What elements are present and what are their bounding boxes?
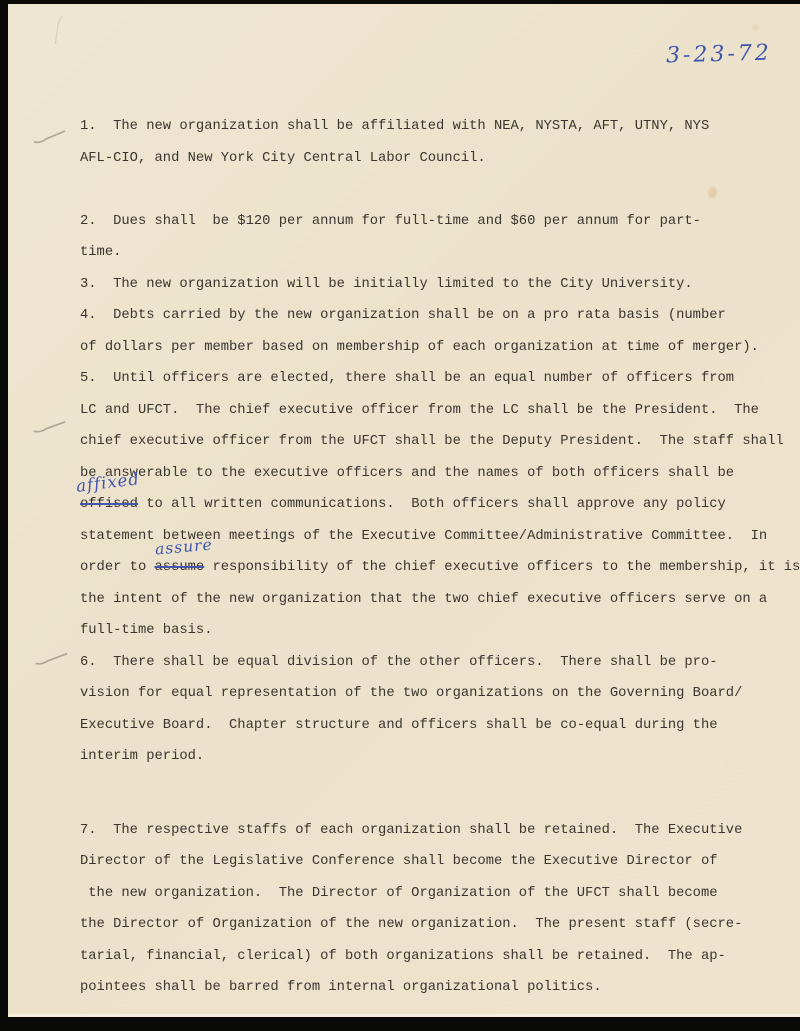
- paper-sheet: 3-23-72 1. The new organization shall be…: [8, 4, 800, 1017]
- checkmark-icon: [34, 649, 71, 668]
- typed-line: 1. The new organization shall be affilia…: [80, 117, 792, 149]
- typed-line-rest: to all written communications. Both offi…: [138, 497, 726, 512]
- typed-line: 6. There shall be equal division of the …: [80, 653, 792, 685]
- typed-line: 2. Dues shall be $120 per annum for full…: [80, 212, 792, 244]
- pencil-mark: [48, 14, 72, 50]
- typed-line: Executive Board. Chapter structure and o…: [80, 716, 792, 748]
- checkmark-icon: [32, 128, 68, 146]
- handwritten-date: 3-23-72: [666, 41, 772, 69]
- checkmark-icon: [32, 417, 69, 437]
- paragraph-gap: [80, 779, 792, 821]
- typed-line: full-time basis.: [80, 621, 792, 653]
- typed-line: the Director of Organization of the new …: [80, 915, 792, 947]
- typed-line: LC and UFCT. The chief executive officer…: [80, 401, 792, 433]
- typed-line: pointees shall be barred from internal o…: [80, 978, 792, 1010]
- typed-line-prefix: order to: [80, 560, 155, 575]
- typed-line: tarial, financial, clerical) of both org…: [80, 947, 792, 979]
- typed-line: 4. Debts carried by the new organization…: [80, 306, 792, 338]
- typed-line: AFL-CIO, and New York City Central Labor…: [80, 149, 792, 181]
- correction-wrap: offisedaffixed: [80, 495, 138, 514]
- typed-line: Director of the Legislative Conference s…: [80, 852, 792, 884]
- struck-word: offised: [80, 497, 138, 512]
- typed-line: 3. The new organization will be initiall…: [80, 275, 792, 307]
- typed-line: 5. Until officers are elected, there sha…: [80, 369, 792, 401]
- typed-line: 7. The respective staffs of each organiz…: [80, 821, 792, 853]
- typed-line: time.: [80, 243, 792, 275]
- typed-line: the intent of the new organization that …: [80, 590, 792, 622]
- correction-wrap: assumeassure: [155, 558, 205, 577]
- typed-line: chief executive officer from the UFCT sh…: [80, 432, 792, 464]
- paper-stain: [752, 24, 759, 31]
- scanned-document: { "doc": { "date": "3-23-72", "p1": { "l…: [0, 0, 800, 1031]
- typed-line: of dollars per member based on membershi…: [80, 338, 792, 370]
- typed-line-with-correction: offisedaffixed to all written communicat…: [80, 495, 792, 527]
- typed-line: interim period.: [80, 747, 792, 779]
- typed-line: the new organization. The Director of Or…: [80, 884, 792, 916]
- typed-line: vision for equal representation of the t…: [80, 684, 792, 716]
- struck-word: assume: [155, 560, 205, 575]
- blank-line: [80, 180, 792, 212]
- typed-line: be answerable to the executive officers …: [80, 464, 792, 496]
- typed-text: 1. The new organization shall be affilia…: [80, 117, 792, 1010]
- typed-line-with-correction: order to assumeassure responsibility of …: [80, 558, 792, 590]
- typed-line-rest: responsibility of the chief executive of…: [204, 560, 800, 575]
